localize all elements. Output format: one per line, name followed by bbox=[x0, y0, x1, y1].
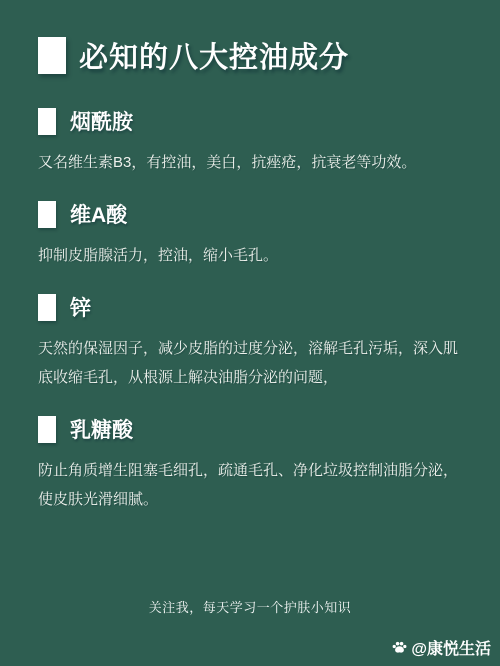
section-niacinamide: 烟酰胺 又名维生素B3，有控油，美白，抗痤疮，抗衰老等功效。 bbox=[38, 106, 462, 177]
section-description: 防止角质增生阻塞毛细孔，疏通毛孔、净化垃圾控制油脂分泌，使皮肤光滑细腻。 bbox=[38, 456, 462, 514]
section-lactobionic-acid: 乳糖酸 防止角质增生阻塞毛细孔，疏通毛孔、净化垃圾控制油脂分泌，使皮肤光滑细腻。 bbox=[38, 414, 462, 514]
section-heading: 烟酰胺 bbox=[38, 106, 462, 136]
section-bullet-icon bbox=[38, 294, 56, 321]
title-square-icon bbox=[38, 37, 66, 74]
section-title: 乳糖酸 bbox=[70, 414, 133, 444]
section-description: 天然的保湿因子，减少皮脂的过度分泌，溶解毛孔污垢，深入肌底收缩毛孔，从根源上解决… bbox=[38, 334, 462, 392]
section-bullet-icon bbox=[38, 201, 56, 228]
title-block: 必知的八大控油成分 bbox=[38, 0, 462, 84]
section-title: 维A酸 bbox=[70, 199, 127, 229]
page-title: 必知的八大控油成分 bbox=[79, 35, 349, 76]
paw-icon bbox=[391, 639, 408, 656]
section-title: 锌 bbox=[70, 292, 91, 322]
section-description: 抑制皮脂腺活力，控油，缩小毛孔。 bbox=[38, 241, 462, 270]
section-bullet-icon bbox=[38, 416, 56, 443]
section-zinc: 锌 天然的保湿因子，减少皮脂的过度分泌，溶解毛孔污垢，深入肌底收缩毛孔，从根源上… bbox=[38, 292, 462, 392]
section-title: 烟酰胺 bbox=[70, 106, 133, 136]
section-retinoic-acid: 维A酸 抑制皮脂腺活力，控油，缩小毛孔。 bbox=[38, 199, 462, 270]
section-description: 又名维生素B3，有控油，美白，抗痤疮，抗衰老等功效。 bbox=[38, 148, 462, 177]
section-heading: 锌 bbox=[38, 292, 462, 322]
section-heading: 乳糖酸 bbox=[38, 414, 462, 444]
section-bullet-icon bbox=[38, 108, 56, 135]
footer-tagline: 关注我，每天学习一个护肤小知识 bbox=[0, 597, 500, 616]
poster-page: 必知的八大控油成分 烟酰胺 又名维生素B3，有控油，美白，抗痤疮，抗衰老等功效。… bbox=[0, 0, 500, 666]
watermark: @康悦生活 bbox=[391, 636, 491, 659]
watermark-handle: @康悦生活 bbox=[411, 636, 491, 659]
section-heading: 维A酸 bbox=[38, 199, 462, 229]
